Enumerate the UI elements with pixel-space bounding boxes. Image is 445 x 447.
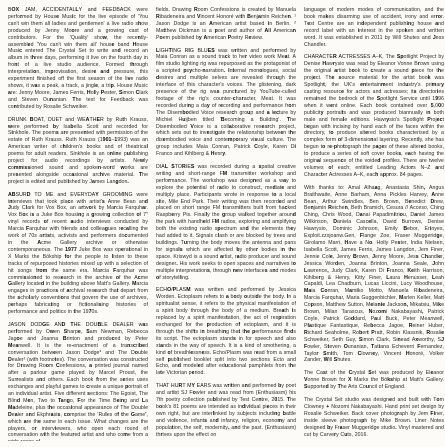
paragraph-body: With thanks to: Amal Alhaag, Anastasia S… bbox=[304, 185, 444, 364]
paragraph: language of modern modes of communicatio… bbox=[304, 7, 444, 48]
paragraph: ABSURD TO ME and EVERYDAY GROOMING were … bbox=[8, 192, 148, 316]
paragraph-body: were performed by House Music for the li… bbox=[8, 7, 148, 110]
paragraph: CHARACTER ACTRESSES A–K, The Spotlight P… bbox=[304, 54, 444, 178]
paragraph-body: was performed by Owen Sharpe, Sam Newman… bbox=[8, 322, 148, 441]
paragraph: BOX JAM, ACCIDENTALLY and FEEDBACK were … bbox=[8, 7, 148, 111]
text-column-3: language of modern modes of communicatio… bbox=[304, 7, 444, 441]
paragraph-lead: CHARACTER ACTRESSES A–K bbox=[304, 54, 382, 60]
paragraph-lead: LIGHTING RIG BLUES bbox=[156, 48, 215, 54]
paragraph: DIAL STORIES was recorded during a spati… bbox=[156, 164, 296, 281]
paragraph: DRUNK BOAT, DUET and WEATHER by Ruth Kra… bbox=[8, 117, 148, 186]
paragraph-body: were interviews that took place with art… bbox=[8, 192, 148, 315]
paragraph-lead: DRUNK BOAT, DUET and WEATHER bbox=[8, 117, 104, 123]
paragraph: LIGHTING RIG BLUES was written and perfo… bbox=[156, 48, 296, 159]
paragraph: ECHO/PLASM was written and performed by … bbox=[156, 287, 296, 377]
paragraph-body: was recorded during a spatial creative w… bbox=[156, 164, 296, 281]
paragraph-body: The Crystal Set studio was designed and … bbox=[304, 397, 444, 438]
paragraph: JASON DODGE AND THE DOUBLE DEALER was pe… bbox=[8, 322, 148, 441]
paragraph: THAT HURT MY EARS was written and perfor… bbox=[156, 383, 296, 438]
liner-notes-page: BOX JAM, ACCIDENTALLY and FEEDBACK were … bbox=[0, 0, 445, 447]
paragraph-body: fields. Drawing Room Confessions is crea… bbox=[156, 7, 296, 41]
paragraph: With thanks to: Amal Alhaag, Anastasia S… bbox=[304, 185, 444, 365]
paragraph-body: language of modern modes of communicatio… bbox=[304, 7, 444, 48]
text-column-2: fields. Drawing Room Confessions is crea… bbox=[156, 7, 296, 441]
text-column-1: BOX JAM, ACCIDENTALLY and FEEDBACK were … bbox=[8, 7, 148, 441]
paragraph-lead: THAT HURT MY EARS bbox=[156, 383, 211, 389]
paragraph: The Crystal Set studio was designed and … bbox=[304, 397, 444, 438]
paragraph-body: was written and performed by Jessica Wor… bbox=[156, 287, 296, 376]
paragraph: The Cast of the Crystal Set was produced… bbox=[304, 370, 444, 391]
paragraph-lead: DIAL STORIES bbox=[156, 164, 194, 170]
paragraph-lead: BOX JAM, ACCIDENTALLY and FEEDBACK bbox=[8, 7, 131, 13]
paragraph-body: by Ruth Krauss, were performed by Isabel… bbox=[8, 117, 148, 185]
paragraph-lead: ECHO/PLASM bbox=[156, 287, 191, 293]
paragraph-body: was written and performed by poet and ar… bbox=[156, 383, 296, 437]
paragraph-body: was written and performed by Maia Conran… bbox=[156, 48, 296, 158]
paragraph-body: , The Spotlight Project by Denise Hawrys… bbox=[304, 54, 444, 177]
paragraph-body: The Cast of the Crystal Set was produced… bbox=[304, 370, 444, 390]
paragraph: fields. Drawing Room Confessions is crea… bbox=[156, 7, 296, 42]
paragraph-lead: JASON DODGE AND THE DOUBLE DEALER bbox=[8, 322, 134, 328]
paragraph-lead: ABSURD TO ME and EVERYDAY GROOMING bbox=[8, 192, 133, 198]
